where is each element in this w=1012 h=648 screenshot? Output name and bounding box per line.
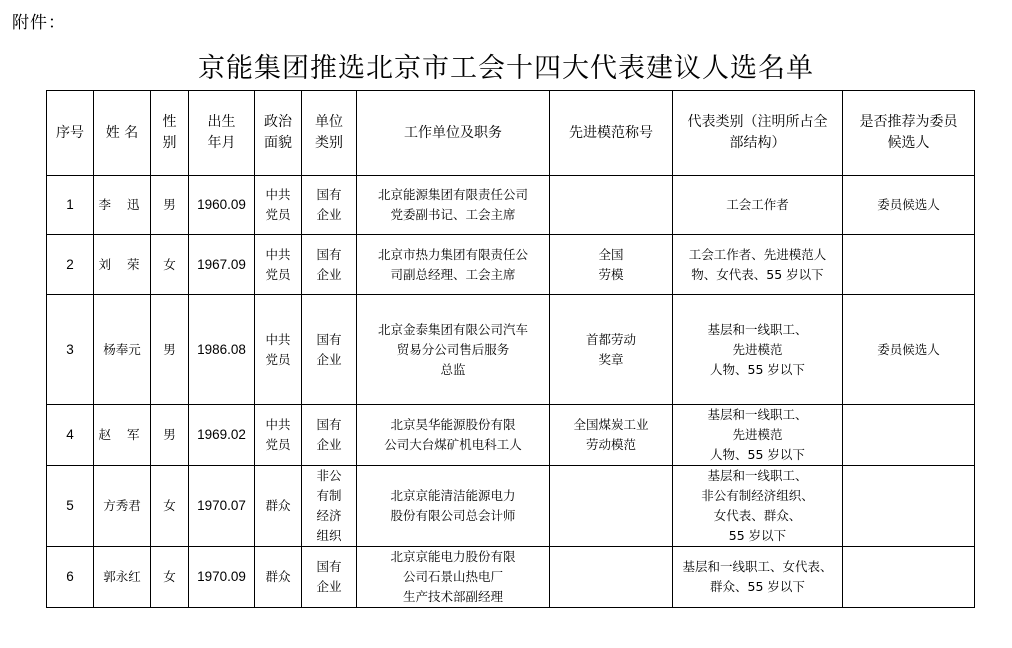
header-workplace: 工作单位及职务: [357, 91, 550, 176]
document-title: 京能集团推选北京市工会十四大代表建议人选名单: [0, 46, 1012, 85]
header-unit-type: 单位 类别: [302, 91, 357, 176]
cell-category: 基层和一线职工、女代表、 群众、55 岁以下: [673, 547, 843, 608]
header-name: 姓 名: [94, 91, 151, 176]
cell-workplace: 北京市热力集团有限责任公 司副总经理、工会主席: [357, 235, 550, 295]
cell-birth: 1970.09: [189, 547, 255, 608]
cell-index: 4: [47, 405, 94, 466]
cell-category: 基层和一线职工、 非公有制经济组织、 女代表、群众、 55 岁以下: [673, 466, 843, 547]
cell-index: 1: [47, 176, 94, 235]
cell-gender: 女: [151, 235, 189, 295]
cell-category: 工会工作者: [673, 176, 843, 235]
cell-index: 3: [47, 295, 94, 405]
header-committee: 是否推荐为委员 候选人: [843, 91, 975, 176]
cell-honor: [550, 176, 673, 235]
header-honor: 先进模范称号: [550, 91, 673, 176]
cell-political: 中共 党员: [255, 176, 302, 235]
cell-honor: 首都劳动 奖章: [550, 295, 673, 405]
cell-workplace: 北京京能电力股份有限 公司石景山热电厂 生产技术部副经理: [357, 547, 550, 608]
cell-workplace: 北京能源集团有限责任公司 党委副书记、工会主席: [357, 176, 550, 235]
header-row: 序号 姓 名 性 别 出生 年月 政治 面貌 单位 类别 工作单位及职务 先进模…: [47, 91, 975, 176]
cell-committee: [843, 235, 975, 295]
cell-unit-type: 国有 企业: [302, 176, 357, 235]
cell-gender: 男: [151, 295, 189, 405]
cell-committee: 委员候选人: [843, 176, 975, 235]
cell-honor: [550, 547, 673, 608]
cell-name: 郭永红: [94, 547, 151, 608]
cell-unit-type: 非公 有制 经济 组织: [302, 466, 357, 547]
header-gender: 性 别: [151, 91, 189, 176]
table-row: 6 郭永红 女 1970.09 群众 国有 企业 北京京能电力股份有限 公司石景…: [47, 547, 975, 608]
cell-gender: 女: [151, 547, 189, 608]
table-row: 2 刘 荣 女 1967.09 中共 党员 国有 企业 北京市热力集团有限责任公…: [47, 235, 975, 295]
cell-gender: 女: [151, 466, 189, 547]
cell-gender: 男: [151, 176, 189, 235]
cell-committee: [843, 466, 975, 547]
table-row: 1 李 迅 男 1960.09 中共 党员 国有 企业 北京能源集团有限责任公司…: [47, 176, 975, 235]
table-row: 3 杨奉元 男 1986.08 中共 党员 国有 企业 北京金泰集团有限公司汽车…: [47, 295, 975, 405]
cell-name: 杨奉元: [94, 295, 151, 405]
cell-unit-type: 国有 企业: [302, 547, 357, 608]
table-row: 5 方秀君 女 1970.07 群众 非公 有制 经济 组织 北京京能清洁能源电…: [47, 466, 975, 547]
cell-name: 赵 军: [94, 405, 151, 466]
cell-index: 6: [47, 547, 94, 608]
cell-political: 中共 党员: [255, 235, 302, 295]
cell-name: 李 迅: [94, 176, 151, 235]
header-political: 政治 面貌: [255, 91, 302, 176]
cell-category: 工会工作者、先进模范人 物、女代表、55 岁以下: [673, 235, 843, 295]
cell-honor: [550, 466, 673, 547]
cell-birth: 1986.08: [189, 295, 255, 405]
cell-birth: 1970.07: [189, 466, 255, 547]
cell-category: 基层和一线职工、 先进模范 人物、55 岁以下: [673, 405, 843, 466]
cell-workplace: 北京京能清洁能源电力 股份有限公司总会计师: [357, 466, 550, 547]
cell-gender: 男: [151, 405, 189, 466]
cell-honor: 全国 劳模: [550, 235, 673, 295]
cell-workplace: 北京金泰集团有限公司汽车 贸易分公司售后服务 总监: [357, 295, 550, 405]
cell-name: 刘 荣: [94, 235, 151, 295]
cell-birth: 1967.09: [189, 235, 255, 295]
cell-index: 5: [47, 466, 94, 547]
cell-political: 中共 党员: [255, 295, 302, 405]
cell-political: 群众: [255, 547, 302, 608]
cell-birth: 1960.09: [189, 176, 255, 235]
cell-workplace: 北京昊华能源股份有限 公司大台煤矿机电科工人: [357, 405, 550, 466]
cell-political: 中共 党员: [255, 405, 302, 466]
header-birth: 出生 年月: [189, 91, 255, 176]
cell-honor: 全国煤炭工业 劳动模范: [550, 405, 673, 466]
cell-unit-type: 国有 企业: [302, 405, 357, 466]
cell-index: 2: [47, 235, 94, 295]
table-row: 4 赵 军 男 1969.02 中共 党员 国有 企业 北京昊华能源股份有限 公…: [47, 405, 975, 466]
header-category: 代表类别（注明所占全 部结构）: [673, 91, 843, 176]
cell-unit-type: 国有 企业: [302, 235, 357, 295]
cell-committee: [843, 405, 975, 466]
candidate-table: 序号 姓 名 性 别 出生 年月 政治 面貌 单位 类别 工作单位及职务 先进模…: [46, 90, 975, 608]
cell-name: 方秀君: [94, 466, 151, 547]
cell-birth: 1969.02: [189, 405, 255, 466]
attachment-label: 附件：: [12, 8, 66, 33]
header-index: 序号: [47, 91, 94, 176]
cell-political: 群众: [255, 466, 302, 547]
cell-unit-type: 国有 企业: [302, 295, 357, 405]
cell-committee: [843, 547, 975, 608]
cell-committee: 委员候选人: [843, 295, 975, 405]
cell-category: 基层和一线职工、 先进模范 人物、55 岁以下: [673, 295, 843, 405]
